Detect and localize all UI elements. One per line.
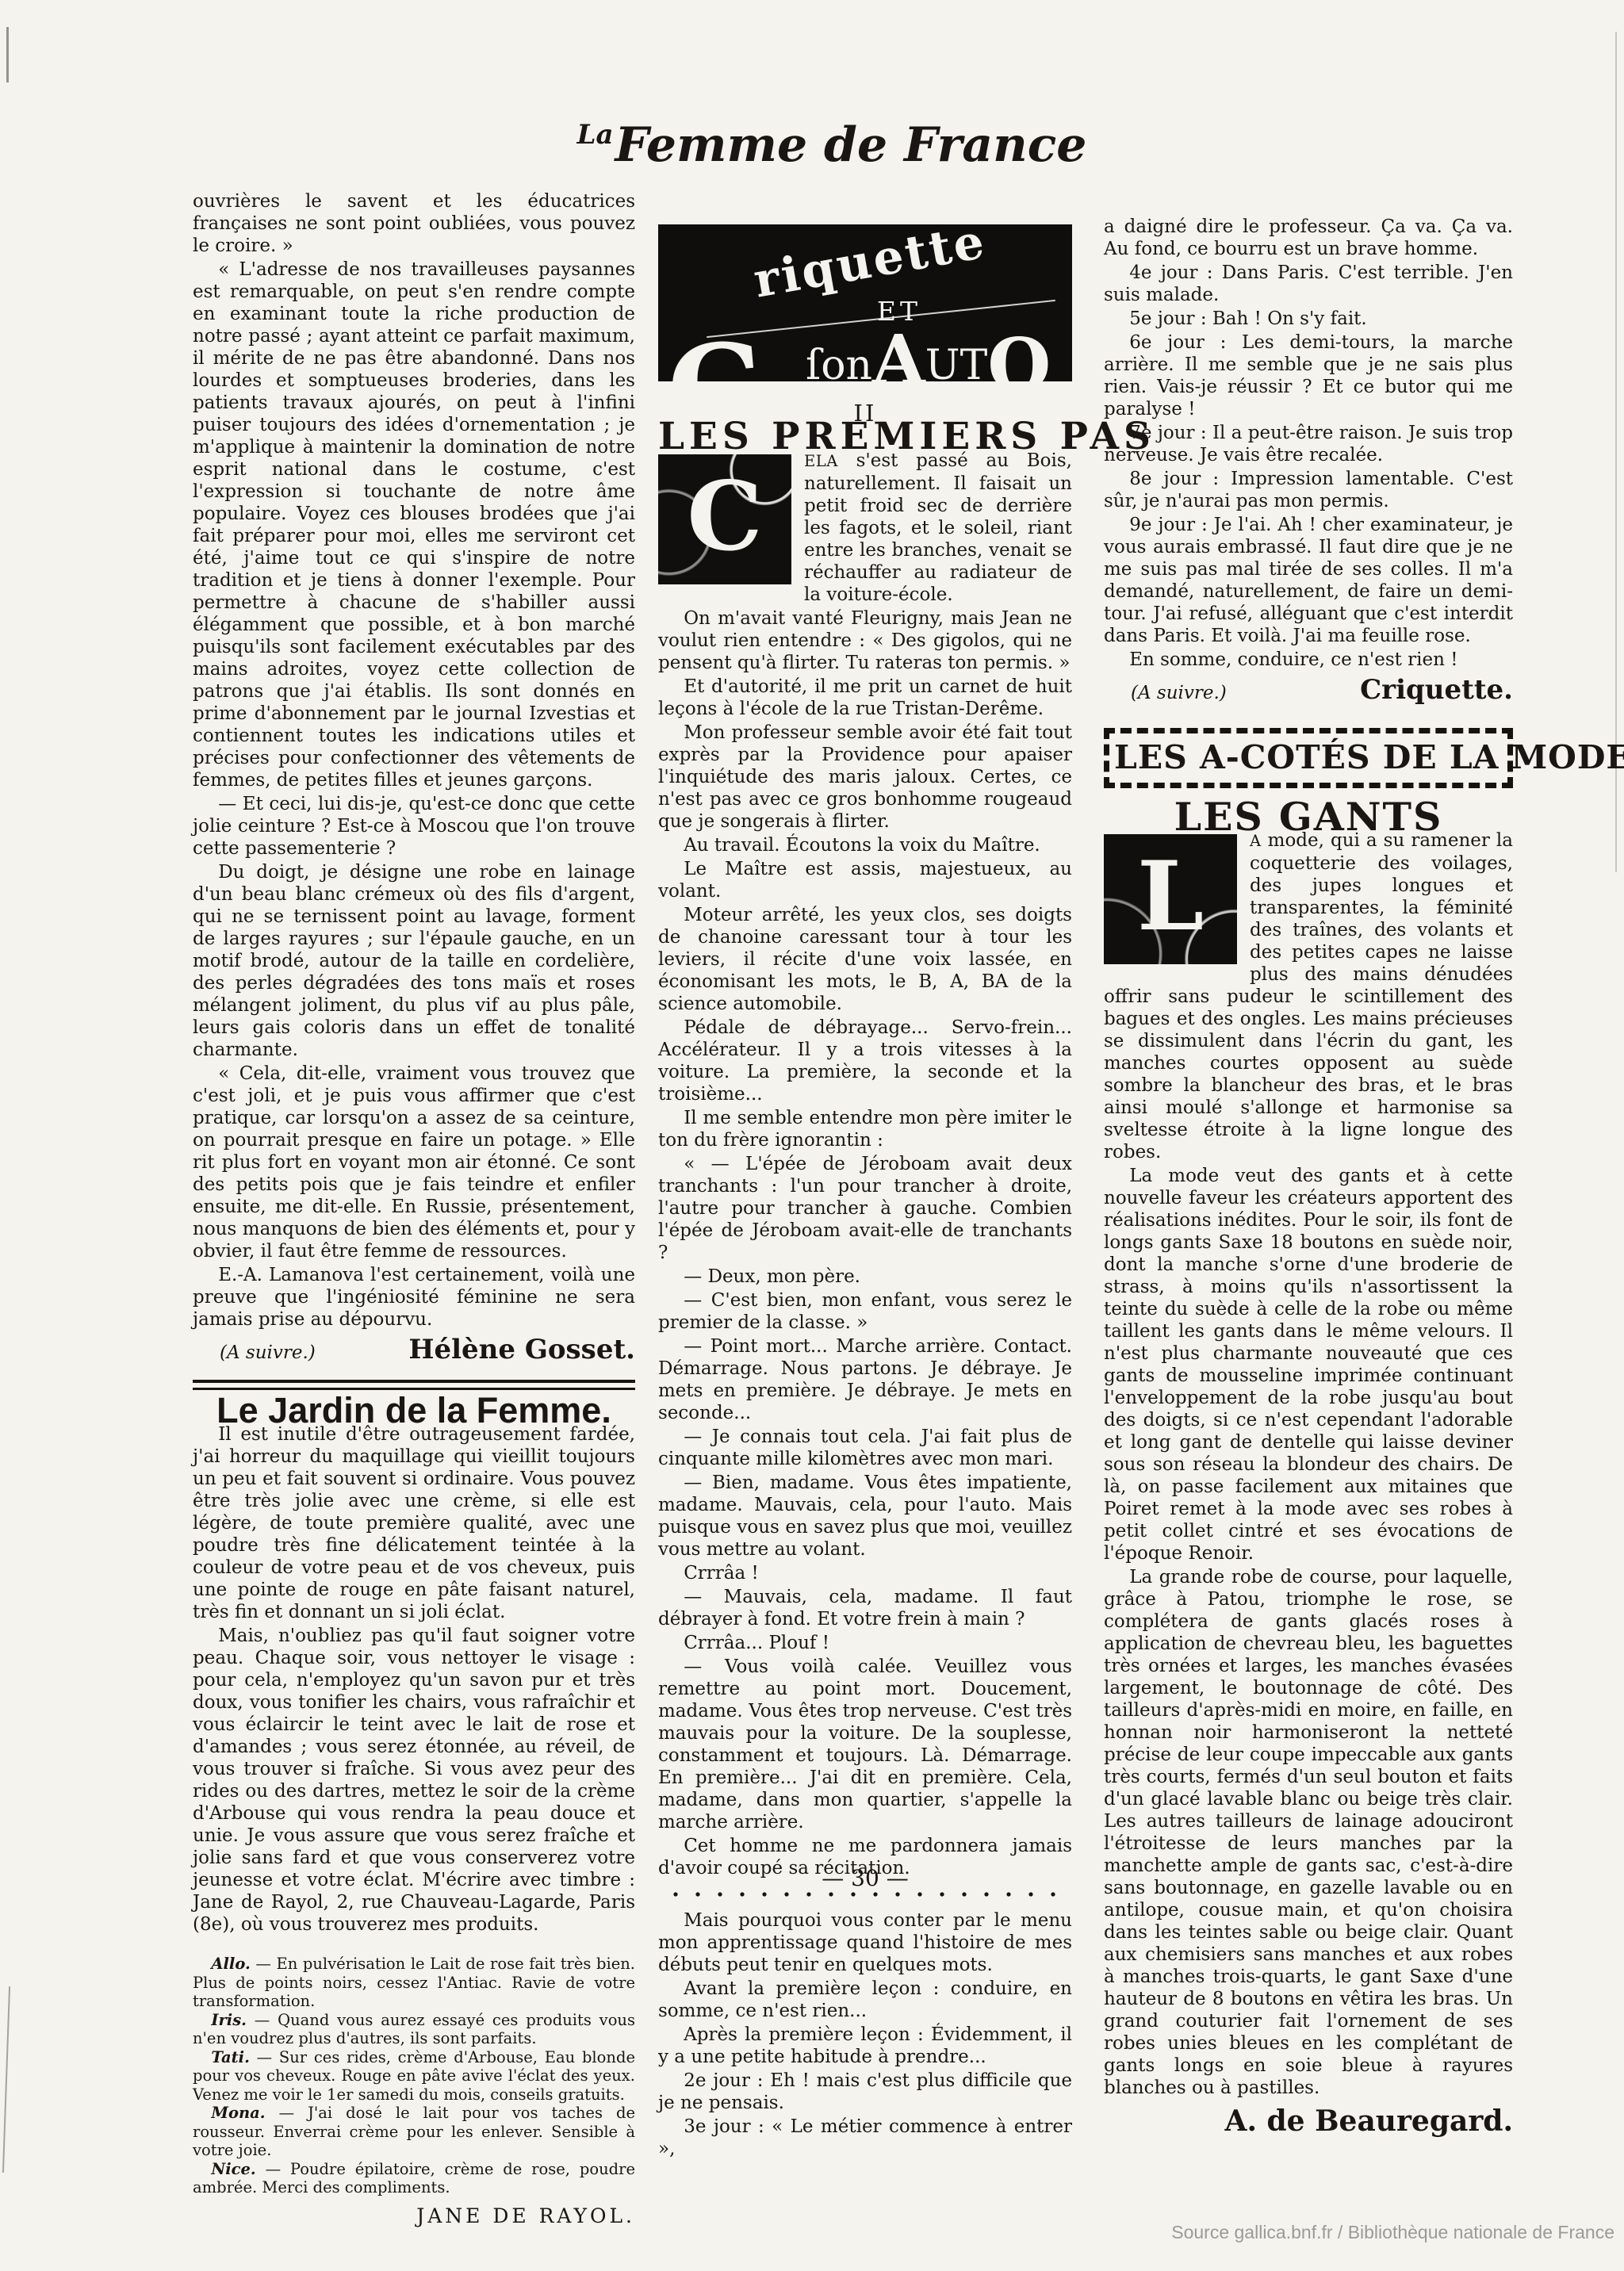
paragraph: Et d'autorité, il me prit un carnet de h… bbox=[658, 676, 1072, 720]
mode-section-header-box: LES A-COTÉS DE LA MODE bbox=[1104, 728, 1513, 788]
masthead-prefix: La bbox=[577, 119, 614, 151]
continuation-note: (A suivre.) bbox=[1104, 682, 1227, 704]
reply-item: Tati. — Sur ces rides, crème d'Arbouse, … bbox=[193, 2048, 635, 2104]
masthead-title: LaFemme de France bbox=[20, 117, 1624, 173]
ornamental-initial: C bbox=[658, 454, 791, 584]
paragraph: E.-A. Lamanova l'est certainement, voilà… bbox=[193, 1264, 635, 1331]
paragraph: 6e jour : Les demi-tours, la marche arri… bbox=[1104, 331, 1513, 420]
paragraph: 9e jour : Je l'ai. Ah ! cher examinateur… bbox=[1104, 514, 1513, 647]
scan-artifact bbox=[2, 1986, 10, 2173]
author-signature: A. de Beauregard. bbox=[1104, 2110, 1513, 2132]
dotted-separator bbox=[661, 1892, 1069, 1897]
article-title: LES PREMIERS PAS bbox=[658, 426, 1072, 448]
paragraph: Avant la première leçon : conduire, en s… bbox=[658, 1978, 1072, 2022]
right-column: a daigné dire le professeur. Ça va. Ça v… bbox=[1104, 216, 1513, 2132]
paragraph: Pédale de débrayage... Servo-frein... Ac… bbox=[658, 1017, 1072, 1105]
paragraph: Il est inutile d'être outrageusement far… bbox=[193, 1423, 635, 1623]
paragraph: — Vous voilà calée. Veuillez vous remett… bbox=[658, 1656, 1072, 1833]
paragraph: 2e jour : Eh ! mais c'est plus difficile… bbox=[658, 2070, 1072, 2114]
paragraph: La grande robe de course, pour laquelle,… bbox=[1104, 1566, 1513, 2099]
paragraph: « — L'épée de Jéroboam avait deux tranch… bbox=[658, 1153, 1072, 1264]
paragraph: — Deux, mon père. bbox=[658, 1266, 1072, 1288]
logo-text-riquette: riquette bbox=[753, 230, 987, 293]
paragraph: 5e jour : Bah ! On s'y fait. bbox=[1104, 308, 1513, 330]
paragraph: Le Maître est assis, majestueux, au vola… bbox=[658, 858, 1072, 902]
author-signature: Criquette. bbox=[1360, 679, 1513, 701]
paragraph: Il me semble entendre mon père imiter le… bbox=[658, 1107, 1072, 1151]
paragraph: Après la première leçon : Évidemment, il… bbox=[658, 2024, 1072, 2068]
paragraph: 3e jour : « Le métier commence à entrer … bbox=[658, 2116, 1072, 2160]
left-column: ouvrières le savent et les éducatrices f… bbox=[193, 190, 635, 2227]
paragraph: « L'adresse de nos travailleuses paysann… bbox=[193, 259, 635, 791]
logo-letter-c: C bbox=[667, 374, 764, 381]
paragraph: On m'avait vanté Fleurigny, mais Jean ne… bbox=[658, 607, 1072, 674]
paragraph: 7e jour : Il a peut-être raison. Je suis… bbox=[1104, 422, 1513, 466]
ornamental-initial: L bbox=[1104, 834, 1237, 964]
paragraph: — Point mort... Marche arrière. Contact.… bbox=[658, 1335, 1072, 1424]
continuation-note: (A suivre.) bbox=[193, 1342, 316, 1364]
paragraph-with-dropcap: C ELA s'est passé au Bois, naturellement… bbox=[658, 450, 1072, 606]
signature-row: (A suivre.) Criquette. bbox=[1104, 679, 1513, 704]
paragraph: — Je connais tout cela. J'ai fait plus d… bbox=[658, 1426, 1072, 1470]
logo-text-son-auto: ſonAUTO bbox=[806, 350, 1051, 377]
paragraph: Du doigt, je désigne une robe en lainage… bbox=[193, 861, 635, 1061]
paragraph: Crrrâa... Plouf ! bbox=[658, 1632, 1072, 1654]
paragraph: — Et ceci, lui dis-je, qu'est-ce donc qu… bbox=[193, 793, 635, 860]
author-signature: Hélène Gosset. bbox=[408, 1338, 635, 1361]
paragraph: a daigné dire le professeur. Ça va. Ça v… bbox=[1104, 216, 1513, 260]
author-signature: Jane de Rayol. bbox=[193, 2205, 635, 2227]
paragraph: — C'est bien, mon enfant, vous serez le … bbox=[658, 1289, 1072, 1334]
signature-row: (A suivre.) Hélène Gosset. bbox=[193, 1338, 635, 1364]
paragraph: 8e jour : Impression lamentable. C'est s… bbox=[1104, 468, 1513, 512]
paragraph: Au travail. Écoutons la voix du Maître. bbox=[658, 834, 1072, 856]
paragraph: — Mauvais, cela, madame. Il faut débraye… bbox=[658, 1586, 1072, 1630]
paragraph: Crrrâa ! bbox=[658, 1562, 1072, 1584]
paragraph: Mais pourquoi vous conter par le menu mo… bbox=[658, 1909, 1072, 1976]
paragraph: ouvrières le savent et les éducatrices f… bbox=[193, 190, 635, 257]
paragraph: Mais, n'oubliez pas qu'il faut soigner v… bbox=[193, 1625, 635, 1936]
paragraph: La mode veut des gants et à cette nouvel… bbox=[1104, 1165, 1513, 1564]
section-title: LES A-COTÉS DE LA MODE bbox=[1114, 746, 1503, 768]
reply-item: Allo. — En pulvérisation le Lait de rose… bbox=[193, 1955, 635, 2011]
paragraph: « Cela, dit-elle, vraiment vous trouvez … bbox=[193, 1063, 635, 1262]
paragraph: 4e jour : Dans Paris. C'est terrible. J'… bbox=[1104, 262, 1513, 306]
article-title: LES GANTS bbox=[1104, 806, 1513, 828]
paragraph-with-dropcap: L A mode, qui a su ramener la coquetteri… bbox=[1104, 829, 1513, 1163]
paragraph: Moteur arrêté, les yeux clos, ses doigts… bbox=[658, 904, 1072, 1015]
magazine-page: LaFemme de France ouvrières le savent et… bbox=[0, 0, 1624, 2271]
paragraph: En somme, conduire, ce n'est rien ! bbox=[1104, 649, 1513, 671]
scan-artifact bbox=[6, 27, 9, 82]
article-title: Le Jardin de la Femme. bbox=[193, 1400, 635, 1422]
serial-logo: C riquette ET ſonAUTO bbox=[658, 224, 1072, 381]
logo-text-et: ET bbox=[877, 301, 921, 323]
paragraph: Mon professeur semble avoir été fait tou… bbox=[658, 722, 1072, 833]
paragraph: — Bien, madame. Vous êtes impatiente, ma… bbox=[658, 1472, 1072, 1561]
reader-replies: Allo. — En pulvérisation le Lait de rose… bbox=[193, 1955, 635, 2197]
reply-item: Iris. — Quand vous aurez essayé ces prod… bbox=[193, 2011, 635, 2048]
reply-item: Nice. — Poudre épilatoire, crème de rose… bbox=[193, 2160, 635, 2197]
section-divider bbox=[193, 1380, 635, 1390]
source-credit: Source gallica.bnf.fr / Bibliothèque nat… bbox=[1171, 2222, 1614, 2243]
page-number: — 30 — bbox=[658, 1865, 1072, 1891]
reply-item: Mona. — J'ai dosé le lait pour vos tache… bbox=[193, 2104, 635, 2160]
